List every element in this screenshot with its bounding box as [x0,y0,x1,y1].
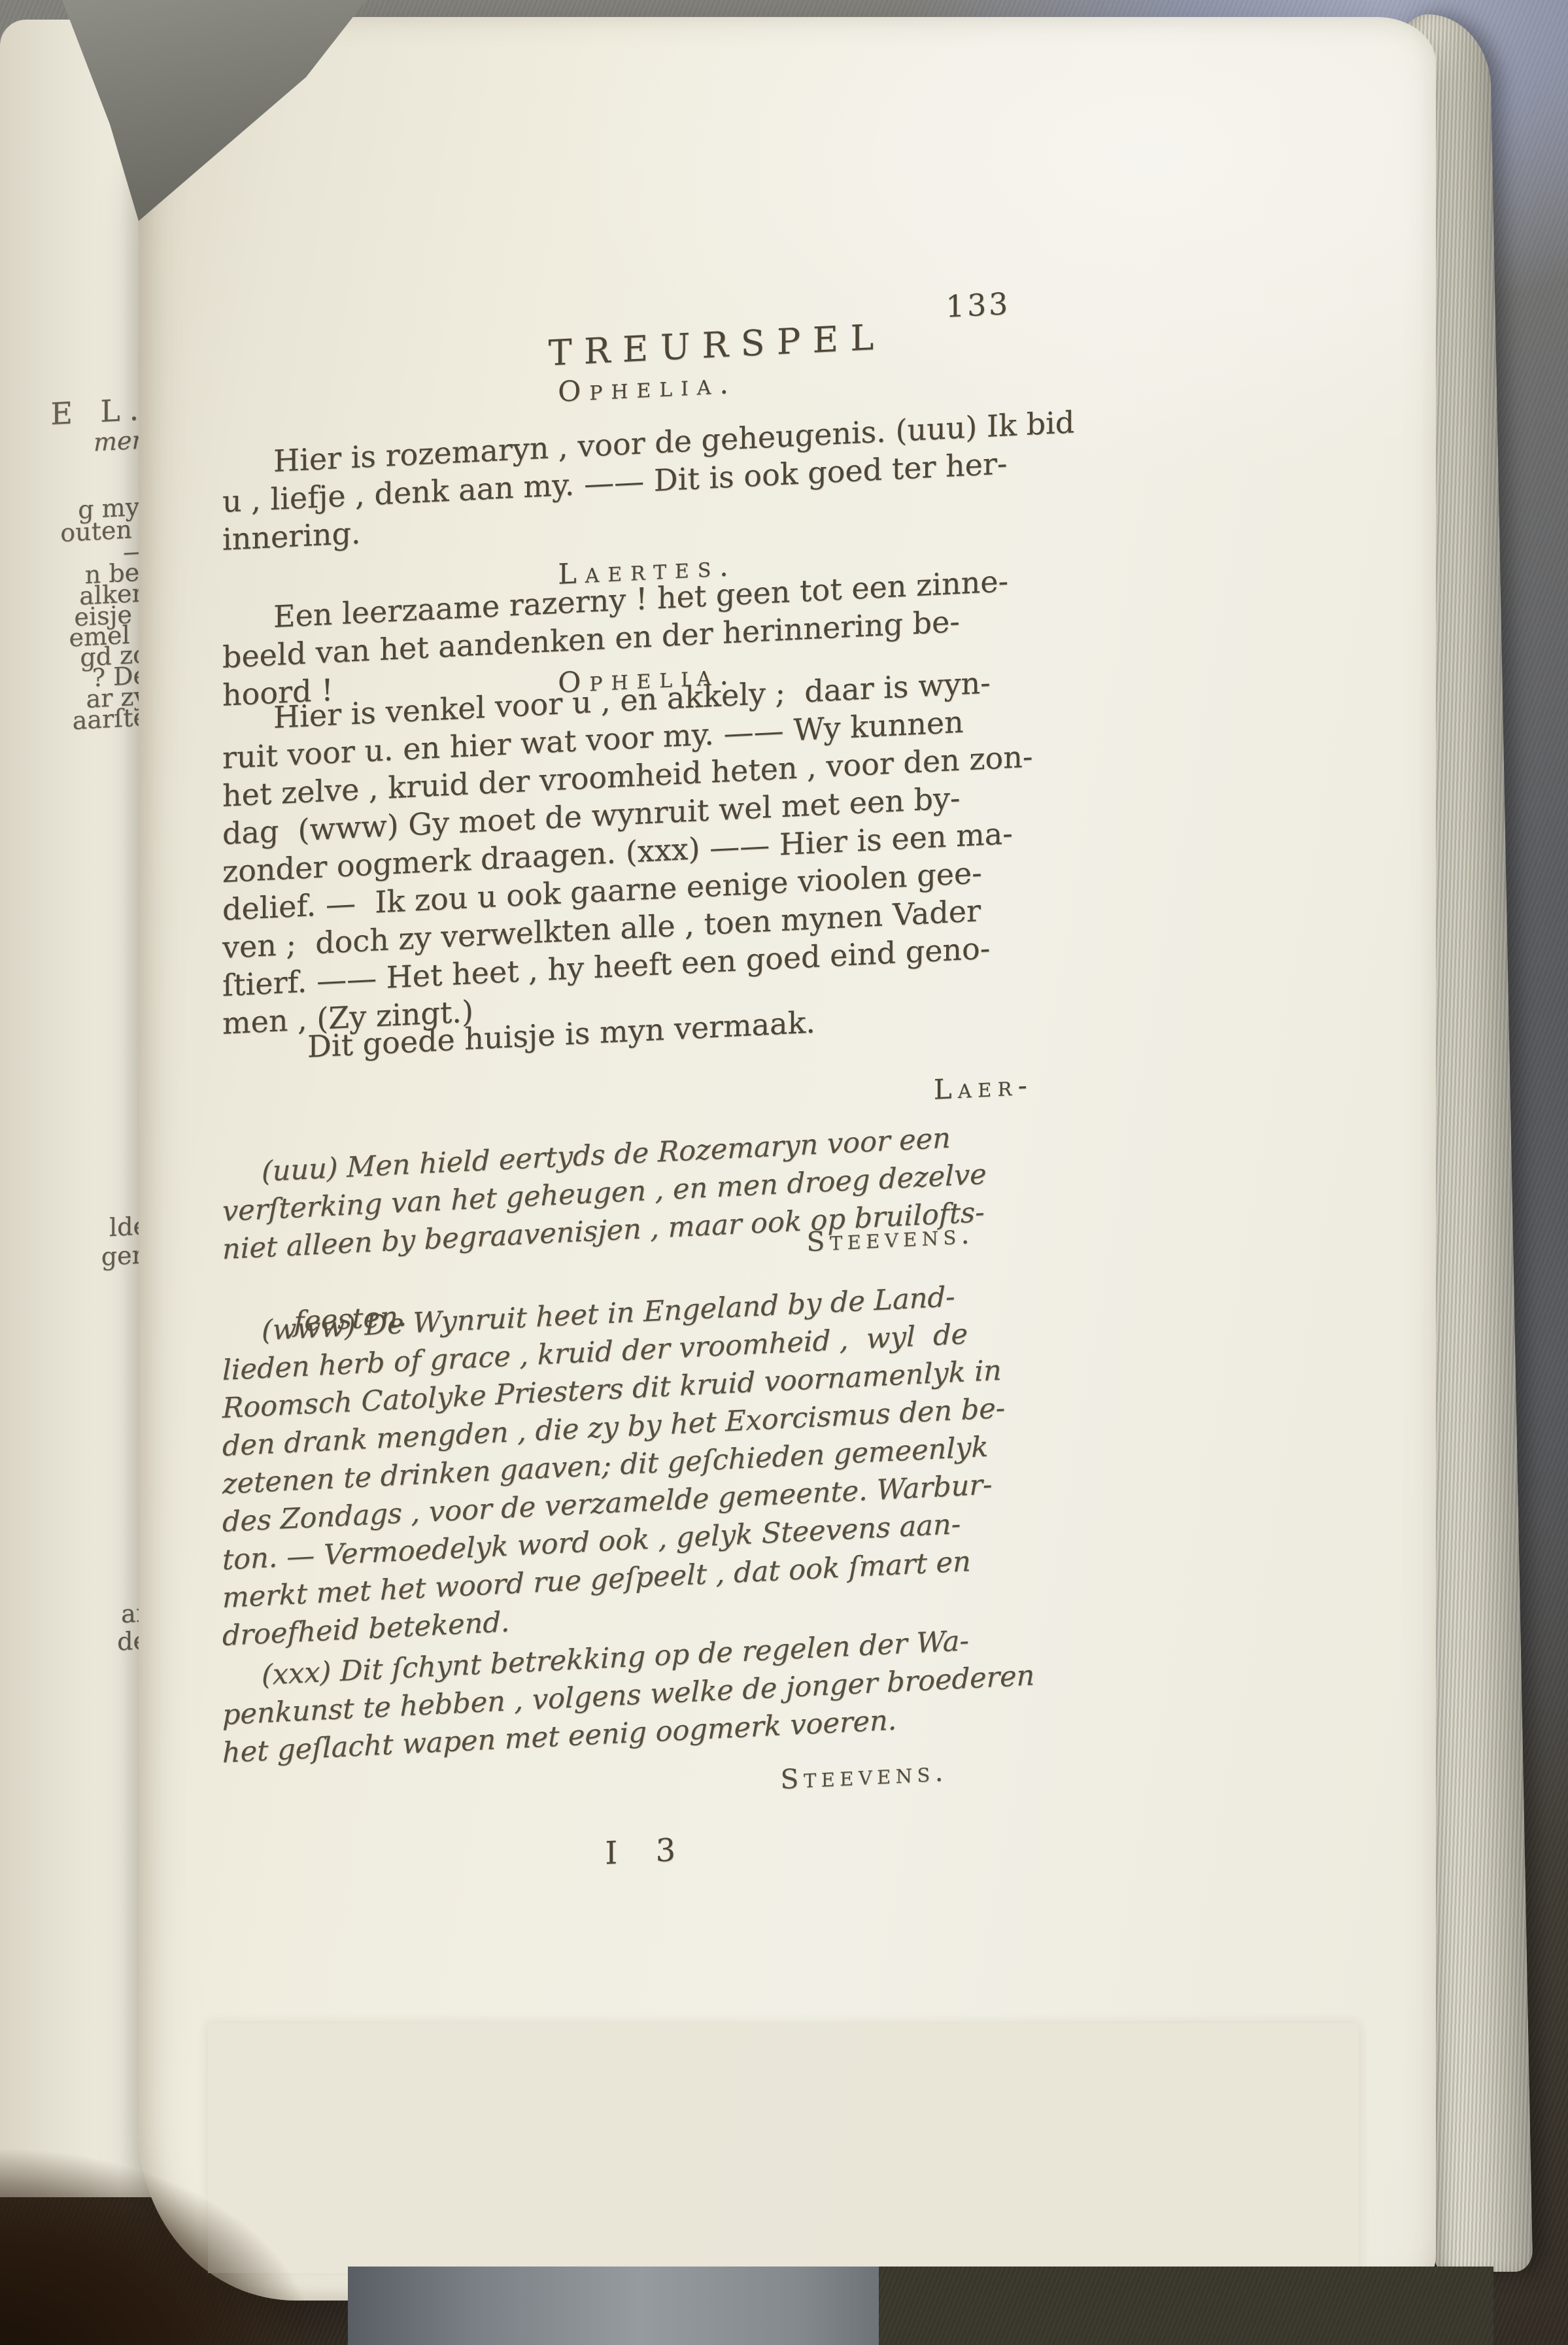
ophelia-speech-2: Hier is venkel voor u , en akkely ; daar… [222,659,1072,1042]
footnote-attribution: Steevens. [806,1215,974,1261]
catchword: Laer- [934,1069,1033,1105]
book-photograph: E L. men g my- outen , — n be- alken eis… [0,0,1568,2345]
page-number: 133 [946,286,1010,324]
footnote-www: (www) De Wynruit heet in Engeland by de … [222,1272,1072,1655]
gathering-signature: I 3 [222,1812,1072,1891]
bottom-olive-fabric [879,2267,1493,2345]
footnote-attribution: Steevens. [780,1756,948,1796]
printed-page-text: TREURSPEL 133 Ophelia. Hier is rozemaryn… [222,0,1072,2223]
bottom-gray-strip [348,2267,879,2345]
